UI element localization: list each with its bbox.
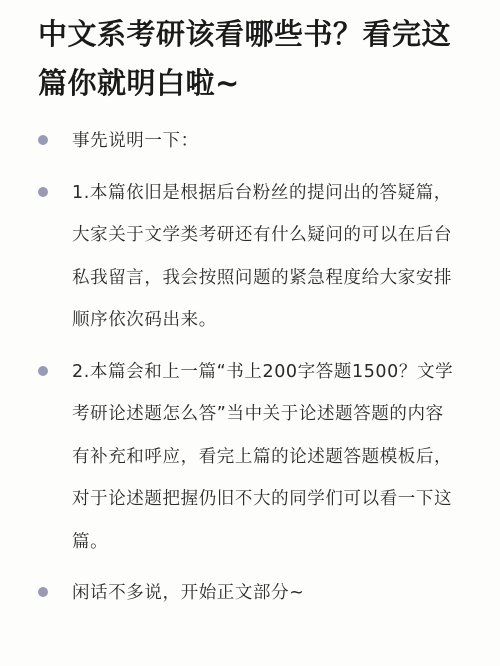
- list-item-text: 闲话不多说，开始正文部分~: [72, 583, 304, 603]
- list-item-text: 事先说明一下：: [72, 131, 199, 151]
- document-page: 中文系考研该看哪些书？看完这篇你就明白啦~ 事先说明一下： 1.本篇依旧是根据后…: [0, 0, 500, 666]
- list-item-text: 1.本篇依旧是根据后台粉丝的提问出的答疑篇，大家关于文学类考研还有什么疑问的可以…: [72, 183, 452, 331]
- list-item: 闲话不多说，开始正文部分~: [0, 572, 500, 615]
- bullet-list: 事先说明一下： 1.本篇依旧是根据后台粉丝的提问出的答疑篇，大家关于文学类考研还…: [0, 120, 500, 615]
- bullet-dot-icon: [38, 587, 48, 597]
- list-item: 2.本篇会和上一篇“书上200字答题1500？文学考研论述题怎么答”当中关于论述…: [0, 351, 500, 564]
- list-item: 1.本篇依旧是根据后台粉丝的提问出的答疑篇，大家关于文学类考研还有什么疑问的可以…: [0, 172, 500, 342]
- bullet-dot-icon: [38, 187, 48, 197]
- article-title: 中文系考研该看哪些书？看完这篇你就明白啦~: [38, 10, 468, 108]
- list-item-text: 2.本篇会和上一篇“书上200字答题1500？文学考研论述题怎么答”当中关于论述…: [72, 362, 453, 552]
- list-item: 事先说明一下：: [0, 120, 500, 163]
- bullet-dot-icon: [38, 135, 48, 145]
- bullet-dot-icon: [38, 366, 48, 376]
